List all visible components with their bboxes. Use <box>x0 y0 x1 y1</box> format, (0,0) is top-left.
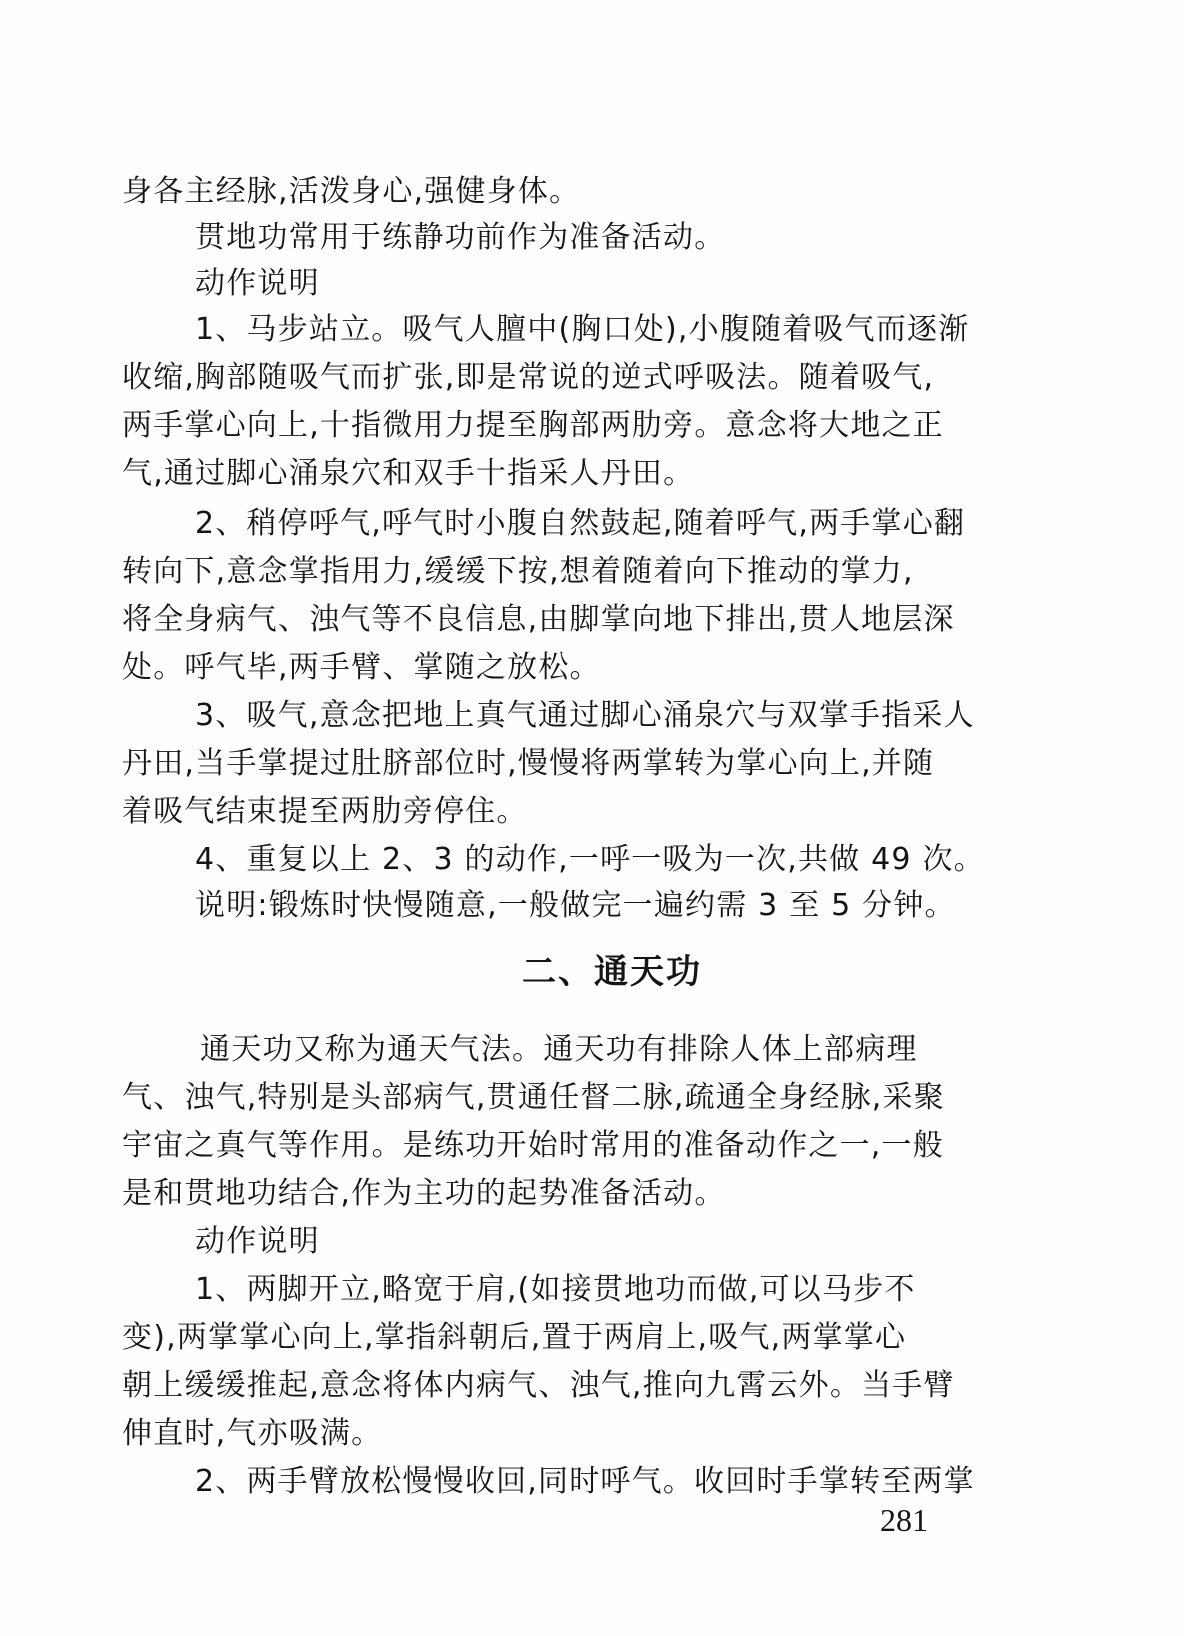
section-heading: 二、通天功 <box>0 950 1184 994</box>
book-page: 身各主经脉,活泼身心,强健身体。 贯地功常用于练静功前作为准备活动。 动作说明 … <box>0 0 1184 1636</box>
text-line: 丹田,当手掌提过肚脐部位时,慢慢将两掌转为掌心向上,并随 <box>122 744 1002 784</box>
text-line: 贯地功常用于练静功前作为准备活动。 <box>195 218 1000 258</box>
text-line: 将全身病气、浊气等不良信息,由脚掌向地下排出,贯人地层深 <box>122 600 1002 640</box>
text-line: 处。呼气毕,两手臂、掌随之放松。 <box>122 648 1002 688</box>
subheading-action-description: 动作说明 <box>195 1222 1000 1262</box>
text-line: 2、两手臂放松慢慢收回,同时呼气。收回时手掌转至两掌 <box>195 1462 1000 1502</box>
text-line: 伸直时,气亦吸满。 <box>122 1414 1002 1454</box>
text-line: 两手掌心向上,十指微用力提至胸部两肋旁。意念将大地之正 <box>122 406 1002 446</box>
text-line: 宇宙之真气等作用。是练功开始时常用的准备动作之一,一般 <box>122 1126 1002 1166</box>
text-line: 通天功又称为通天气法。通天功有排除人体上部病理 <box>200 1030 1005 1070</box>
text-line: 3、吸气,意念把地上真气通过脚心涌泉穴与双掌手指采人 <box>195 696 1000 736</box>
text-line: 4、重复以上 2、3 的动作,一呼一吸为一次,共做 49 次。 <box>195 840 1000 880</box>
text-line: 朝上缓缓推起,意念将体内病气、浊气,推向九霄云外。当手臂 <box>122 1366 1002 1406</box>
text-line: 2、稍停呼气,呼气时小腹自然鼓起,随着呼气,两手掌心翻 <box>195 504 1000 544</box>
text-line: 变),两掌掌心向上,掌指斜朝后,置于两肩上,吸气,两掌掌心 <box>122 1318 1002 1358</box>
subheading-action-description: 动作说明 <box>195 264 1000 304</box>
text-line: 是和贯地功结合,作为主功的起势准备活动。 <box>122 1174 1002 1214</box>
text-line: 气、浊气,特别是头部病气,贯通任督二脉,疏通全身经脉,采聚 <box>122 1078 1002 1118</box>
text-line: 说明:锻炼时快慢随意,一般做完一遍约需 3 至 5 分钟。 <box>195 886 1000 926</box>
text-line: 1、马步站立。吸气人膻中(胸口处),小腹随着吸气而逐渐 <box>195 310 1000 350</box>
text-line: 1、两脚开立,略宽于肩,(如接贯地功而做,可以马步不 <box>195 1270 1000 1310</box>
text-line: 收缩,胸部随吸气而扩张,即是常说的逆式呼吸法。随着吸气, <box>122 358 1002 398</box>
text-line: 转向下,意念掌指用力,缓缓下按,想着随着向下推动的掌力, <box>122 552 1002 592</box>
text-line: 气,通过脚心涌泉穴和双手十指采人丹田。 <box>122 454 1002 494</box>
text-line: 着吸气结束提至两肋旁停住。 <box>122 792 1002 832</box>
page-number: 281 <box>880 1500 928 1540</box>
text-line: 身各主经脉,活泼身心,强健身体。 <box>122 172 1002 212</box>
